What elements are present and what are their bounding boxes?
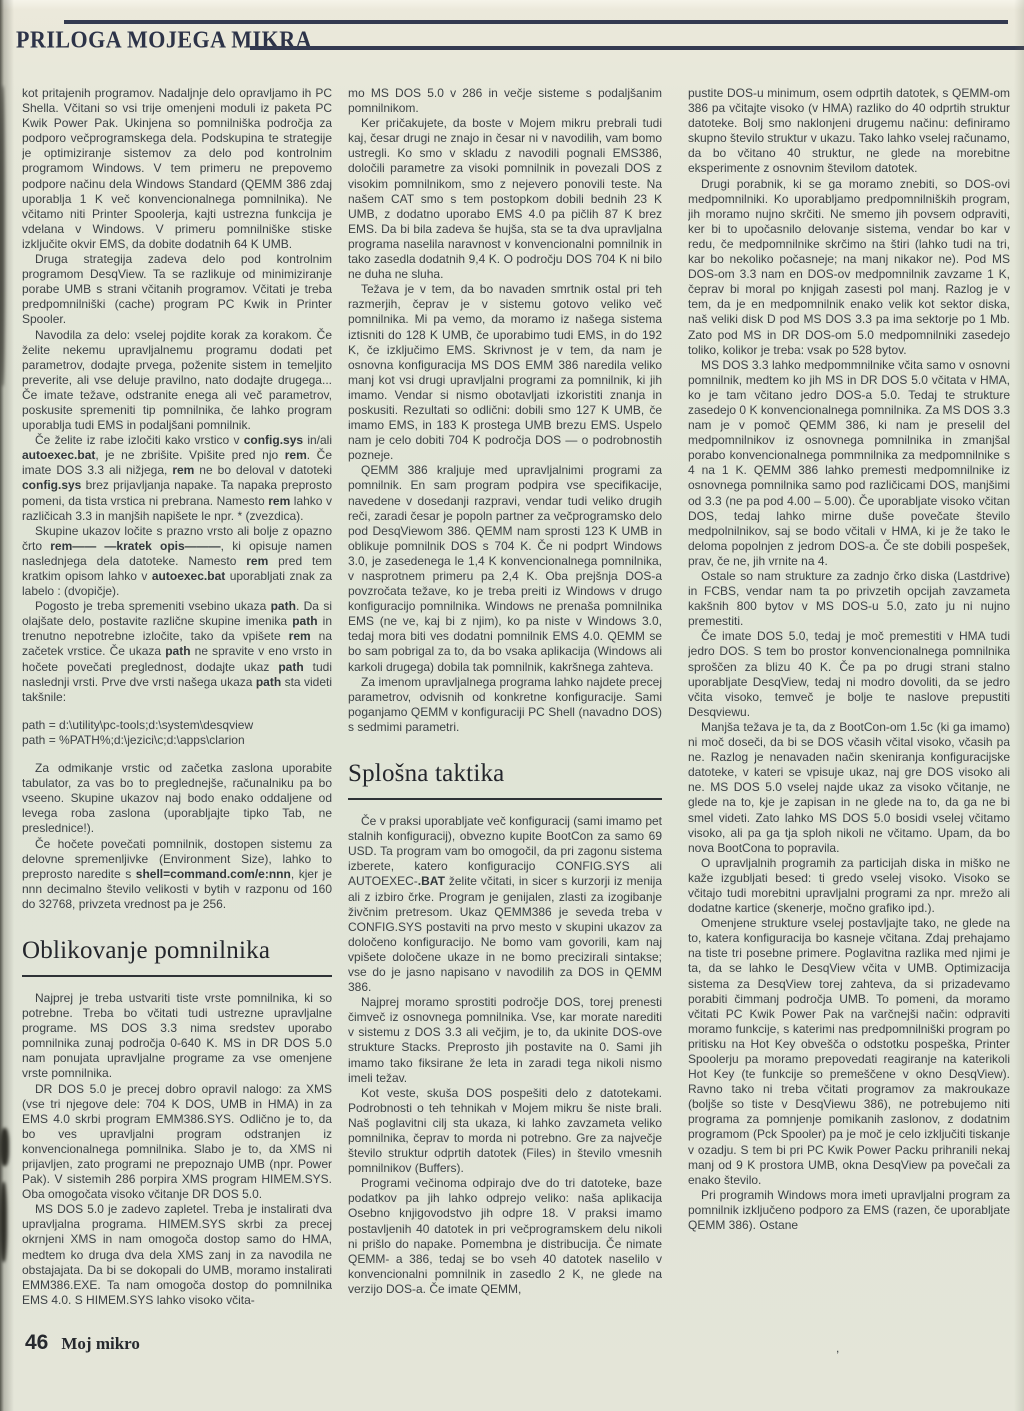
paragraph: Navodila za delo: vselej pojdite korak z… [22, 328, 332, 434]
scan-stray-mark: , [836, 1341, 839, 1355]
paragraph: Za odmikanje vrstic od začetka zaslona u… [22, 761, 332, 836]
paragraph: Najprej moramo sprostiti področje DOS, t… [348, 995, 662, 1086]
paragraph: kot pritajenih programov. Nadaljnje delo… [22, 86, 332, 252]
path-code-block: path = d:\utility\pc-tools;d:\system\des… [22, 718, 332, 748]
page-number: 46 [25, 1331, 48, 1355]
code-line: path = d:\utility\pc-tools;d:\system\des… [22, 718, 332, 733]
magazine-page: PRILOGA MOJEGA MIKRA kot pritajenih prog… [0, 0, 1024, 1411]
masthead: PRILOGA MOJEGA MIKRA [16, 27, 1016, 53]
paragraph: Najprej je treba ustvariti tiste vrste p… [22, 991, 332, 1082]
header-rule-top [64, 20, 1008, 24]
article-columns: kot pritajenih programov. Nadaljnje delo… [22, 86, 1012, 1348]
paragraph: QEMM 386 kraljuje med upravljalnimi prog… [348, 463, 662, 674]
paragraph: Pogosto je treba spremeniti vsebino ukaz… [22, 599, 332, 705]
heading-rule [22, 975, 332, 977]
paragraph: Če želite iz rabe izločiti kako vrstico … [22, 433, 332, 524]
column-1: kot pritajenih programov. Nadaljnje delo… [22, 86, 332, 1348]
scan-edge-right [1014, 0, 1024, 1411]
paragraph: Težava je v tem, da bo navaden smrtnik o… [348, 282, 662, 463]
paragraph: Programi večinoma odpirajo dve do tri da… [348, 1176, 662, 1297]
paragraph: Ostale so nam strukture za zadnjo črko d… [688, 569, 1010, 629]
paragraph: Manjša težava je ta, da z BootCon-om 1.5… [688, 720, 1010, 856]
paragraph: pustite DOS-u minimum, osem odprtih dato… [688, 86, 1010, 177]
paragraph: MS DOS 3.3 lahko medpommnilnike včita sa… [688, 358, 1010, 569]
paragraph: Drugi porabnik, ki se ga moramo znebiti,… [688, 177, 1010, 358]
scan-smudge [0, 86, 5, 386]
scan-smudge [0, 1128, 9, 1166]
paragraph: Omenjene strukture vselej postavljajte t… [688, 916, 1010, 1188]
magazine-name: Moj mikro [61, 1334, 140, 1354]
column-2: mo MS DOS 5.0 v 286 in večje sisteme s p… [348, 86, 662, 1348]
scan-edge-top [0, 0, 1024, 10]
paragraph: Skupine ukazov ločite s prazno vrsto ali… [22, 524, 332, 599]
header-rule-bottom [250, 46, 1024, 50]
column-3: pustite DOS-u minimum, osem odprtih dato… [688, 86, 1010, 1348]
paragraph: Za imenom upravljalnega programa lahko n… [348, 675, 662, 735]
paragraph: O upravljalnih programih za particijah d… [688, 856, 1010, 916]
scan-smudge [0, 1182, 7, 1262]
heading-rule [348, 798, 662, 800]
paragraph: Kot veste, skuša DOS pospešiti delo z da… [348, 1086, 662, 1177]
paragraph: Če imate DOS 5.0, tedaj je moč premestit… [688, 629, 1010, 720]
paragraph: Ker pričakujete, da boste v Mojem mikru … [348, 116, 662, 282]
page-footer: 46 Moj mikro [25, 1331, 140, 1355]
section-heading: Oblikovanje pomnilnika [22, 936, 332, 966]
paragraph: Druga strategija zadeva delo pod kontrol… [22, 252, 332, 327]
paragraph: MS DOS 5.0 je zadevo zapletel. Treba je … [22, 1202, 332, 1308]
paragraph: Če v praksi uporabljate več konfiguracij… [348, 814, 662, 995]
paragraph: DR DOS 5.0 je precej dobro opravil nalog… [22, 1082, 332, 1203]
paragraph: Pri programih Windows mora imeti upravlj… [688, 1188, 1010, 1233]
code-line: path = %PATH%;d:\jezici\c;d:\apps\clario… [22, 733, 332, 748]
section-heading: Splošna taktika [348, 759, 662, 789]
paragraph: mo MS DOS 5.0 v 286 in večje sisteme s p… [348, 86, 662, 116]
paragraph: Če hočete povečati pomnilnik, dostopen s… [22, 837, 332, 912]
